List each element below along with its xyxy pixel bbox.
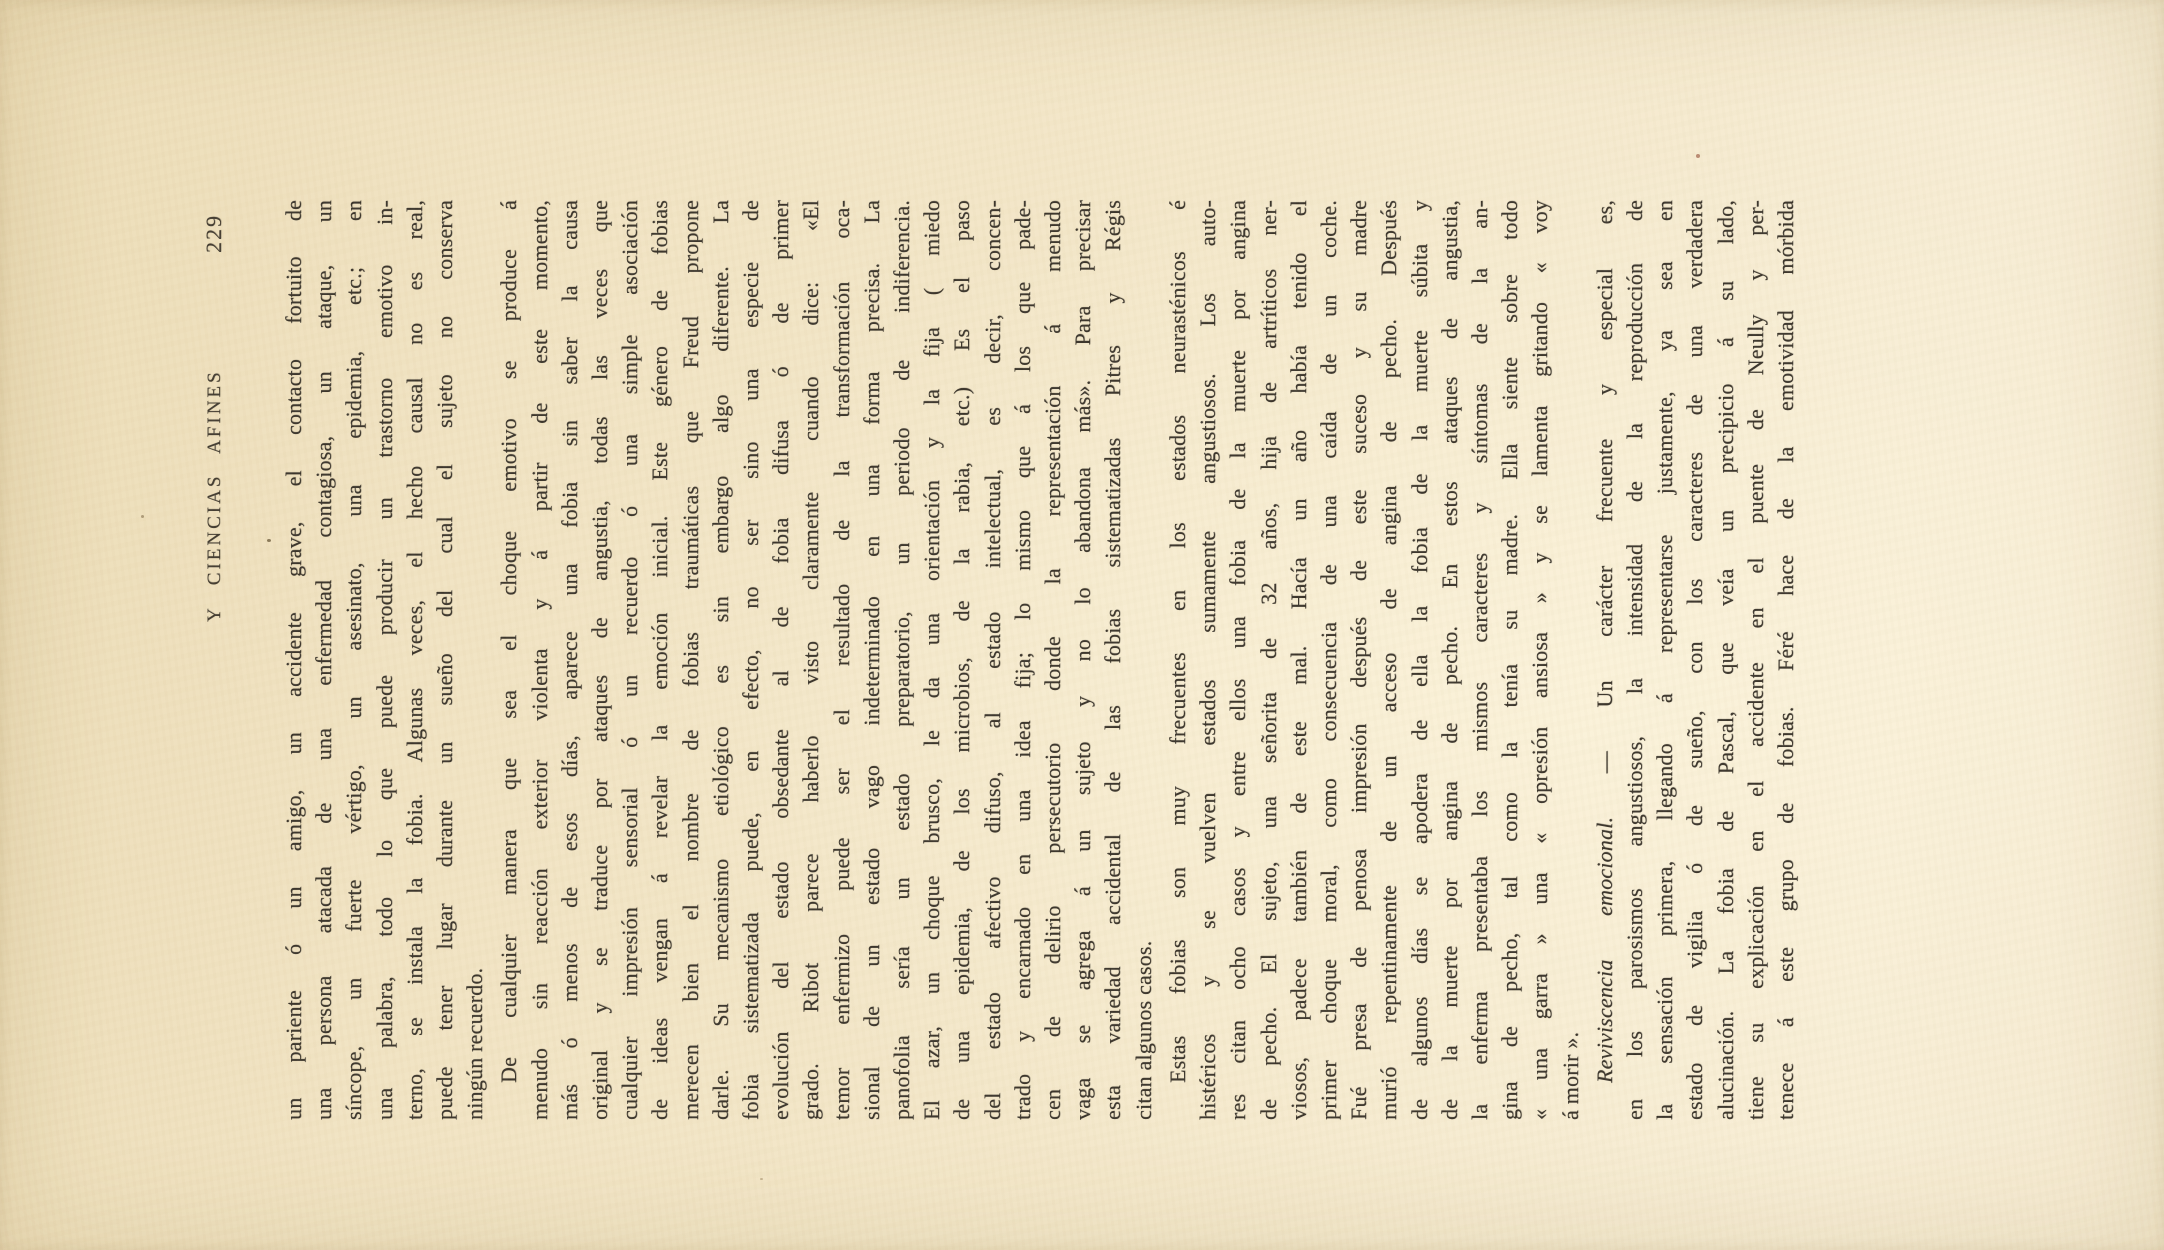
running-title: Y CIENCIAS AFINES: [204, 369, 226, 622]
text-line: más ó menos de esos días, aparece una fo…: [555, 200, 585, 1120]
text-line: tiene su explicación en el accidente en …: [1741, 200, 1771, 1120]
text-line: gina de pecho, tal como la tenía su madr…: [1495, 200, 1525, 1120]
text-line: Estas fobias son muy frecuentes en los e…: [1163, 200, 1193, 1120]
text-line: evolución del estado obsedante al de fob…: [766, 200, 796, 1120]
text-line: estado de vigilia ó de sueño, con los ca…: [1680, 200, 1710, 1120]
text-line: de una epidemia, de los microbios, de la…: [947, 200, 977, 1120]
text-line: darle. Su mecanismo etiológico es sin em…: [706, 200, 736, 1120]
paragraph: un pariente ó un amigo, un accidente gra…: [279, 200, 490, 1120]
italic-lead: Reviviscencia emocional.: [1592, 817, 1617, 1083]
text-line: panofolia sería un estado preparatorio, …: [887, 200, 917, 1120]
text-line: sional de un estado vago indeterminado e…: [857, 200, 887, 1120]
text-line: una palabra, todo lo que puede producir …: [370, 200, 400, 1120]
text-line: merecen bien el nombre de fobias traumát…: [676, 200, 706, 1120]
text-line: del estado afectivo difuso, al estado in…: [978, 200, 1008, 1120]
text-line: fobia sistematizada puede, en efecto, no…: [736, 200, 766, 1120]
page-number: 229: [201, 214, 227, 253]
text-line: la sensación primera, llegando á represe…: [1650, 200, 1680, 1120]
text-line: Reviviscencia emocional. — Un carácter f…: [1590, 200, 1620, 1120]
text-block: un pariente ó un amigo, un accidente gra…: [279, 200, 1801, 1120]
text-line: la enferma presentaba los mismos caracte…: [1465, 200, 1495, 1120]
text-line: cualquier impresión sensorial ó un recue…: [615, 200, 645, 1120]
text-line: grado. Ribot parece haberlo visto claram…: [796, 200, 826, 1120]
text-line: menudo sin reacción exterior violenta y …: [525, 200, 555, 1120]
text-line: De cualquier manera que sea el choque em…: [494, 200, 524, 1120]
text-line: de la muerte por angina de pecho. En est…: [1435, 200, 1465, 1120]
text-line: res citan ocho casos y entre ellos una f…: [1223, 200, 1253, 1120]
text-line: de pecho. El sujeto, una señorita de 32 …: [1254, 200, 1284, 1120]
text-line: una persona atacada de una enfermedad co…: [309, 200, 339, 1120]
text-line: cen de delirio persecutorio donde la rep…: [1038, 200, 1068, 1120]
text-line: citan algunos casos.: [1129, 200, 1159, 1120]
text-line: alucinación. La fobia de Pascal, que veí…: [1711, 200, 1741, 1120]
text-line: El azar, un choque brusco, le da una ori…: [917, 200, 947, 1120]
paragraph: De cualquier manera que sea el choque em…: [494, 200, 1158, 1120]
text-line: viosos, padece también de este mal. Hací…: [1284, 200, 1314, 1120]
text-line: un pariente ó un amigo, un accidente gra…: [279, 200, 309, 1120]
text-line: histéricos y se vuelven estados sumament…: [1193, 200, 1223, 1120]
text-line: de algunos días se apodera de ella la fo…: [1405, 200, 1435, 1120]
text-line: tenece á este grupo de fobias. Féré hace…: [1771, 200, 1801, 1120]
paragraph: Estas fobias son muy frecuentes en los e…: [1163, 200, 1586, 1120]
text-line: terno, se instala la fobia. Algunas vece…: [400, 200, 430, 1120]
text-line: puede tener lugar durante un sueño del c…: [430, 200, 460, 1120]
paragraph: Reviviscencia emocional. — Un carácter f…: [1590, 200, 1801, 1120]
text-line: Fué presa de penosa impresión después de…: [1344, 200, 1374, 1120]
text-line: en los parosismos angustiosos, la intens…: [1620, 200, 1650, 1120]
text-line: original y se traduce por ataques de ang…: [585, 200, 615, 1120]
text-line: de ideas vengan á revelar la emoción ini…: [645, 200, 675, 1120]
text-line: ningún recuerdo.: [460, 200, 490, 1120]
text-line: primer choque moral, como consecuencia d…: [1314, 200, 1344, 1120]
text-line: « una garra » una « opresión ansiosa » y…: [1525, 200, 1555, 1120]
running-header: Y CIENCIAS AFINES 229: [204, 200, 238, 1120]
text-line: murió repentinamente de un acceso de ang…: [1374, 200, 1404, 1120]
text-line: temor enfermizo puede ser el resultado d…: [827, 200, 857, 1120]
text-line: esta variedad accidental de las fobias s…: [1098, 200, 1128, 1120]
scanned-page: Y CIENCIAS AFINES 229 un pariente ó un a…: [0, 0, 2164, 1250]
text-line: á morir ».: [1556, 200, 1586, 1120]
text-line: trado y encarnado en una idea fija; lo m…: [1008, 200, 1038, 1120]
book-page-rotated: Y CIENCIAS AFINES 229 un pariente ó un a…: [0, 0, 2164, 1250]
text-line: síncope, un fuerte vértigo, un asesinato…: [339, 200, 369, 1120]
text-line: vaga se agrega á un sujeto y no lo aband…: [1068, 200, 1098, 1120]
